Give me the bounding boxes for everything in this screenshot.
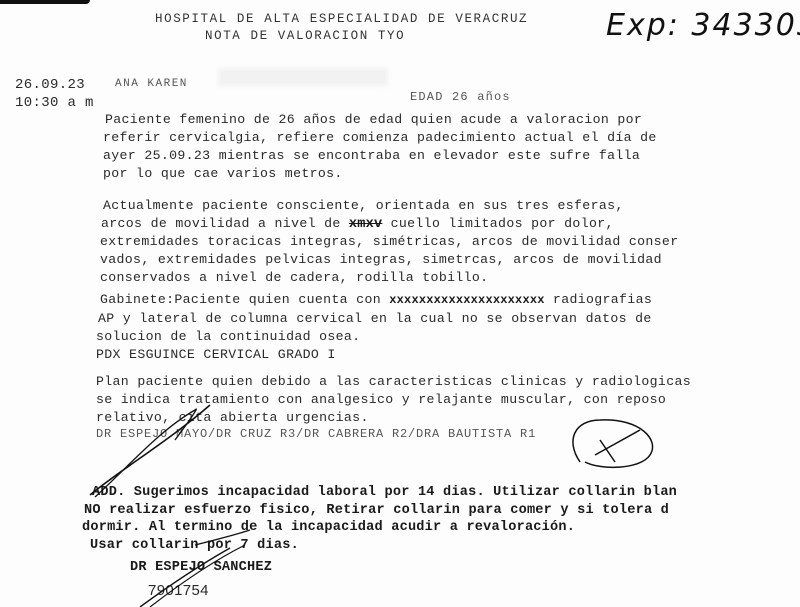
addendum-line-4: Usar collarin por 7 dias. <box>90 539 299 553</box>
body-line-2: referir cervicalgia, refiere comienza pa… <box>103 131 657 144</box>
body-line-14: Plan paciente quien debido a las caracte… <box>96 375 691 388</box>
body-line-6-end: cuello limitados por dolor, <box>382 216 613 231</box>
body-line-11: AP y lateral de columna cervical en la c… <box>98 312 652 325</box>
body-line-10: Gabinete:Paciente quien cuenta con xxxxx… <box>100 293 652 306</box>
patient-name: ANA KAREN <box>115 79 188 90</box>
physicians-line: DR ESPEJO MAYO/DR CRUZ R3/DR CABRERA R2/… <box>96 428 536 440</box>
note-time: 10:30 a m <box>15 96 94 110</box>
body-line-4: por lo que cae varios metros. <box>103 167 343 180</box>
signature-id: 7901754 <box>148 583 209 598</box>
body-line-10-end: radiografias <box>545 292 652 307</box>
addendum-line-2: NO realizar esfuerzo fisico, Retirar col… <box>84 504 669 518</box>
body-line-12: solucion de la continuidad osea. <box>96 330 360 343</box>
redacted-surname <box>218 68 388 86</box>
body-line-16: relativo, cita abierta urgencias. <box>96 411 369 424</box>
scan-edge-shadow <box>0 0 90 4</box>
body-line-6: arcos de movilidad a nivel de xmxv cuell… <box>101 217 614 232</box>
body-line-1: Paciente femenino de 26 años de edad qui… <box>105 113 642 126</box>
struck-text-2: xxxxxxxxxxxxxxxxxxxxx <box>389 293 544 307</box>
note-date: 26.09.23 <box>15 78 85 92</box>
body-line-9: conservados a nivel de cadera, rodilla t… <box>100 271 488 284</box>
patient-age: EDAD 26 años <box>410 91 511 103</box>
hospital-header: HOSPITAL DE ALTA ESPECIALIDAD DE VERACRU… <box>155 13 528 26</box>
body-line-8: vados, extremidades pelvicas integras, s… <box>100 253 662 266</box>
body-line-3: ayer 25.09.23 mientras se encontraba en … <box>103 149 640 162</box>
body-line-5: Actualmente paciente consciente, orienta… <box>103 199 624 212</box>
addendum-line-3: dormir. Al termino de la incapacidad acu… <box>82 521 575 535</box>
addendum-line-1: ADD. Sugerimos incapacidad laboral por 1… <box>92 486 677 500</box>
scanned-medical-note: HOSPITAL DE ALTA ESPECIALIDAD DE VERACRU… <box>0 0 800 607</box>
handwritten-expediente: Exp: 343303 <box>606 8 800 43</box>
diagnosis-line: PDX ESGUINCE CERVICAL GRADO I <box>96 348 336 361</box>
body-line-15: se indica tratamiento con analgesico y r… <box>96 393 666 406</box>
note-title: NOTA DE VALORACION TYO <box>205 30 405 43</box>
signature-name: DR ESPEJO SANCHEZ <box>130 561 272 575</box>
body-line-6-start: arcos de movilidad a nivel de <box>101 216 341 231</box>
struck-text: xmxv <box>349 217 382 232</box>
body-line-7: extremidades toracicas integras, simétri… <box>100 235 678 248</box>
body-line-10-start: Gabinete:Paciente quien cuenta con <box>100 292 381 307</box>
